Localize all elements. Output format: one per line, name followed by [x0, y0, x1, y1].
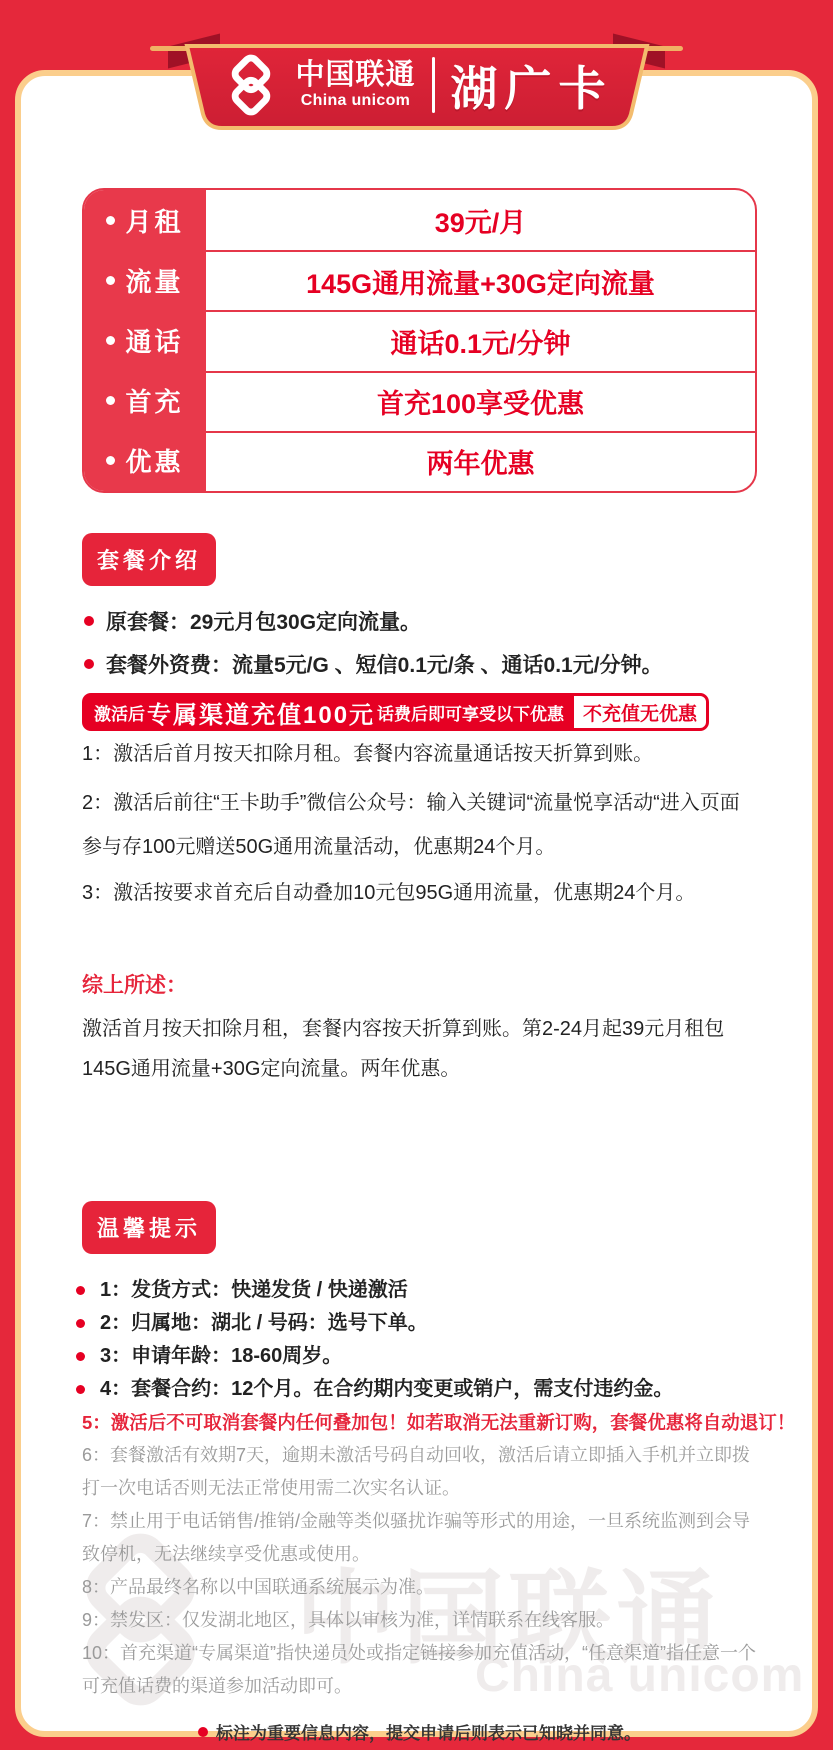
banner-suffix: 话费后即可享受以下优惠	[377, 700, 564, 725]
tip-text: 2：归属地：湖北 / 号码：选号下单。	[100, 1312, 428, 1334]
tip-text: 1：发货方式：快递发货 / 快递激活	[100, 1279, 408, 1301]
red-dot-icon	[198, 1727, 208, 1737]
tip-item: 9：禁发区：仅发湖北地区，具体以审核为准，详情联系在线客服。	[82, 1604, 757, 1637]
tip-text: 3：申请年龄：18-60周岁。	[100, 1345, 342, 1367]
bullet-dot-icon	[106, 336, 115, 345]
intro-bullet-text: 套餐外资费：流量5元/G 、短信0.1元/条 、通话0.1元/分钟。	[106, 649, 663, 679]
plan-table: 月租 39元/月 流量 145G通用流量+30G定向流量 通话 通话0.1元/分…	[82, 188, 757, 493]
tip-item: 4：套餐合约：12个月。在合约期内变更或销户，需支付违约金。	[82, 1373, 757, 1406]
row-label: 流量	[84, 250, 206, 310]
intro-note: 参与存100元赠送50G通用流量活动，优惠期24个月。	[82, 834, 757, 861]
header-ribbon: 中国联通 China unicom 湖广卡	[181, 44, 653, 132]
section-title-tips: 温馨提示	[82, 1201, 216, 1254]
summary-text: 激活首月按天扣除月租，套餐内容按天折算到账。第2-24月起39元月租包145G通…	[82, 1009, 757, 1089]
row-label: 优惠	[84, 431, 206, 491]
row-label: 月租	[84, 190, 206, 250]
tip-item: 7：禁止用于电话销售/推销/金融等类似骚扰诈骗等形式的用途，一旦系统监测到会导致…	[82, 1505, 757, 1571]
tip-item: 6：套餐激活有效期7天，逾期未激活号码自动回收，激活后请立即插入手机并立即拨打一…	[82, 1439, 757, 1505]
intro-bullet-line: 套餐外资费：流量5元/G 、短信0.1元/条 、通话0.1元/分钟。	[82, 649, 757, 679]
table-row: 流量 145G通用流量+30G定向流量	[84, 250, 755, 310]
header-divider	[432, 57, 435, 113]
brand-name-cn: 中国联通	[295, 60, 415, 90]
footer-agreement-note: 标注为重要信息内容，提交申请后则表示已知晓并同意。	[82, 1719, 757, 1744]
section-title-package-intro: 套餐介绍	[82, 533, 216, 586]
bullet-dot-icon	[106, 276, 115, 285]
bullet-dot-icon	[106, 216, 115, 225]
tip-item: 8：产品最终名称以中国联通系统展示为准。	[82, 1571, 757, 1604]
tip-item: 1：发货方式：快递发货 / 快递激活	[82, 1274, 757, 1307]
row-value: 通话0.1元/分钟	[206, 310, 755, 370]
row-label: 通话	[84, 310, 206, 370]
table-row: 通话 通话0.1元/分钟	[84, 310, 755, 370]
table-row: 优惠 两年优惠	[84, 431, 755, 491]
intro-bullet-line: 原套餐：29元月包30G定向流量。	[82, 606, 757, 636]
footer-note-text: 标注为重要信息内容，提交申请后则表示已知晓并同意。	[216, 1719, 641, 1744]
tip-item: 10：首充渠道“专属渠道”指快递员处或指定链接参加充值活动，“任意渠道”指任意一…	[82, 1637, 757, 1703]
intro-note: 2：激活后前往“王卡助手”微信公众号：输入关键词“流量悦享活动“进入页面	[82, 790, 757, 817]
row-label-text: 首充	[125, 382, 183, 419]
summary-title: 综上所述：	[82, 969, 757, 999]
red-dot-icon	[76, 1319, 85, 1328]
row-label-text: 月租	[125, 202, 183, 239]
table-row: 月租 39元/月	[84, 190, 755, 250]
row-label: 首充	[84, 371, 206, 431]
brand-block: 中国联通 China unicom	[295, 60, 415, 109]
row-label-text: 通话	[125, 322, 183, 359]
red-dot-icon	[76, 1352, 85, 1361]
intro-note: 3：激活按要求首充后自动叠加10元包95G通用流量，优惠期24个月。	[82, 880, 757, 907]
table-row: 首充 首充100享受优惠	[84, 371, 755, 431]
tip-item: 3：申请年龄：18-60周岁。	[82, 1340, 757, 1373]
main-content: 月租 39元/月 流量 145G通用流量+30G定向流量 通话 通话0.1元/分…	[82, 0, 757, 1744]
banner-highlight: 专属渠道充值100元	[147, 695, 375, 730]
no-recharge-no-discount-tag: 不充值无优惠	[571, 693, 709, 731]
red-dot-icon	[84, 616, 94, 626]
recharge-banner-main: 激活后 专属渠道充值100元 话费后即可享受以下优惠	[82, 693, 572, 731]
tips-list: 1：发货方式：快递发货 / 快递激活 2：归属地：湖北 / 号码：选号下单。 3…	[82, 1274, 757, 1703]
card-name-title: 湖广卡	[451, 52, 613, 119]
china-unicom-logo-icon	[220, 54, 282, 116]
row-value: 39元/月	[206, 190, 755, 250]
row-label-text: 流量	[125, 262, 183, 299]
row-value: 145G通用流量+30G定向流量	[206, 250, 755, 310]
recharge-banner: 激活后 专属渠道充值100元 话费后即可享受以下优惠 不充值无优惠	[82, 693, 757, 731]
red-dot-icon	[76, 1286, 85, 1295]
red-dot-icon	[84, 659, 94, 669]
bullet-dot-icon	[106, 396, 115, 405]
tip-item-important: 5：激活后不可取消套餐内任何叠加包！如若取消无法重新订购，套餐优惠将自动退订！	[82, 1406, 757, 1439]
bullet-dot-icon	[106, 456, 115, 465]
intro-note: 1：激活后首月按天扣除月租。套餐内容流量通话按天折算到账。	[82, 741, 757, 768]
banner-prefix: 激活后	[94, 700, 145, 725]
brand-name-en: China unicom	[301, 93, 410, 110]
tip-item: 2：归属地：湖北 / 号码：选号下单。	[82, 1307, 757, 1340]
red-dot-icon	[76, 1385, 85, 1394]
row-label-text: 优惠	[125, 442, 183, 479]
tip-text: 4：套餐合约：12个月。在合约期内变更或销户，需支付违约金。	[100, 1378, 673, 1400]
row-value: 两年优惠	[206, 431, 755, 491]
row-value: 首充100享受优惠	[206, 371, 755, 431]
intro-bullet-text: 原套餐：29元月包30G定向流量。	[106, 606, 421, 636]
